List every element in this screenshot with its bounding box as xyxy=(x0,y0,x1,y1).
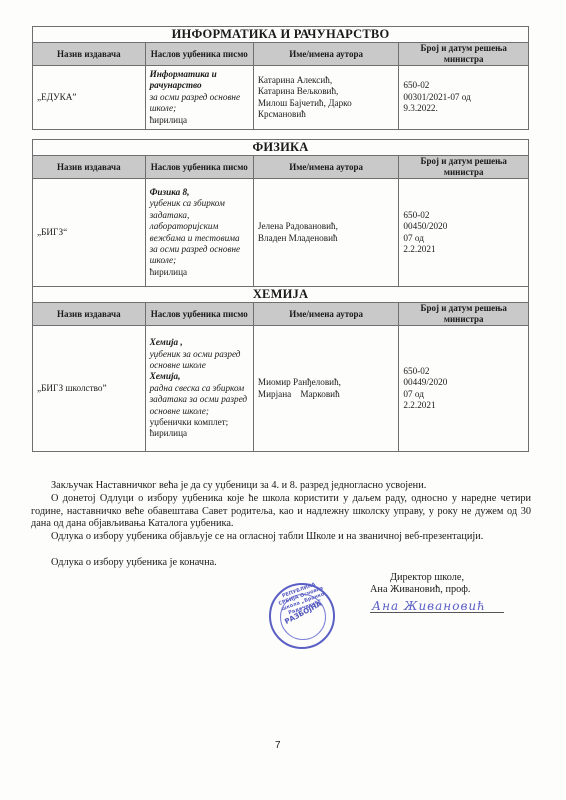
decision-line: 650-02 xyxy=(403,210,524,221)
column-header-title: Наслов уџбеника писмо xyxy=(145,43,253,66)
decision-line: 650-02 xyxy=(403,366,524,377)
book-cell: Физика 8,уџбеник са збирком задатака, ла… xyxy=(145,179,253,287)
column-header-title: Наслов уџбеника писмо xyxy=(145,303,253,326)
publisher-cell: „ЕДУКА” xyxy=(33,66,146,130)
author-line: Милош Бајчетић, Дарко Крсмановић xyxy=(258,98,394,121)
book-line: ћирилица xyxy=(150,115,249,126)
column-header-publisher: Назив издавача xyxy=(33,303,146,326)
decision-line: 00450/2020 xyxy=(403,221,524,232)
table-row: „ЕДУКА” Информатика и рачунарствоза осми… xyxy=(33,66,529,130)
section-title: ИНФОРМАТИКА И РАЧУНАРСТВО xyxy=(33,27,529,43)
book-line: ћирилица xyxy=(150,428,249,439)
column-header-publisher: Назив издавача xyxy=(33,156,146,179)
decision-cell: 650-0200301/2021-07 од9.3.2022. xyxy=(399,66,529,130)
document-page: ИНФОРМАТИКА И РАЧУНАРСТВО Назив издавача… xyxy=(0,0,566,800)
author-line: Катарина Вељковић, xyxy=(258,86,394,97)
authors-cell: Миомир Ранђеловић,Мирјана Марковић xyxy=(253,326,399,452)
page-number: 7 xyxy=(275,740,281,751)
signatory-name: Ана Живановић, проф. xyxy=(370,584,520,596)
publisher-cell: „БИГЗ“ xyxy=(33,179,146,287)
book-line: радна свеска са збирком задатака за осми… xyxy=(150,383,249,417)
paragraph-conclusion: Закључак Наставничког већа је да су уџбе… xyxy=(31,480,531,493)
paragraph-final: Одлука о избору уџбеника је коначна. xyxy=(31,557,531,570)
decision-line: 00449/2020 xyxy=(403,377,524,388)
section-table-chemistry: ХЕМИЈА Назив издавача Наслов уџбеника пи… xyxy=(32,286,529,452)
signatory-title: Директор школе, xyxy=(370,572,520,584)
decision-line: 2.2.2021 xyxy=(403,400,524,411)
column-header-title: Наслов уџбеника писмо xyxy=(145,156,253,179)
section-table-physics: ФИЗИКА Назив издавача Наслов уџбеника пи… xyxy=(32,139,529,287)
column-header-decision: Број и датум решења министра xyxy=(399,303,529,326)
column-header-authors: Име/имена аутора xyxy=(253,156,399,179)
decision-cell: 650-0200449/202007 од2.2.2021 xyxy=(399,326,529,452)
column-header-authors: Име/имена аутора xyxy=(253,43,398,66)
book-cell: Хемија ,уџбеник за осми разред основне ш… xyxy=(145,326,253,452)
book-line: за осми разред основне школе; xyxy=(150,92,249,115)
author-line: Катарина Алексић, xyxy=(258,75,394,86)
table-row: „БИГЗ“ Физика 8,уџбеник са збирком задат… xyxy=(33,179,529,287)
book-line: Физика 8, xyxy=(150,187,249,198)
handwritten-signature: Ана Живановић xyxy=(372,599,486,613)
paragraph-publication: Одлука о избору уџбеника објављује се на… xyxy=(31,531,531,544)
book-line: Хемија , xyxy=(150,337,249,348)
authors-cell: Јелена Радовановић,Владен Младеновић xyxy=(253,179,399,287)
book-line: ћирилица xyxy=(150,267,249,278)
book-line: уџбеник за осми разред основне школе xyxy=(150,349,249,372)
decision-line: 00301/2021-07 од xyxy=(403,92,524,103)
decision-line: 650-02 xyxy=(403,80,524,91)
section-table-informatics: ИНФОРМАТИКА И РАЧУНАРСТВО Назив издавача… xyxy=(32,26,529,130)
decision-cell: 650-0200450/202007 од2.2.2021 xyxy=(399,179,529,287)
column-header-authors: Име/имена аутора xyxy=(253,303,399,326)
book-line: Хемија, xyxy=(150,371,249,382)
book-line: Информатика и рачунарство xyxy=(150,69,249,92)
column-header-decision: Број и датум решења министра xyxy=(399,156,529,179)
book-line: уџбеник са збирком задатака, лабораториј… xyxy=(150,198,249,266)
signature-block: Директор школе, Ана Живановић, проф. xyxy=(370,572,520,596)
author-line: Владен Младеновић xyxy=(258,233,395,244)
decision-line: 9.3.2022. xyxy=(403,103,524,114)
column-header-decision: Број и датум решења министра xyxy=(399,43,529,66)
paragraph-notification: О донетој Одлуци о избору уџбеника које … xyxy=(31,493,531,531)
section-title: ХЕМИЈА xyxy=(33,287,529,303)
decision-line: 07 од xyxy=(403,233,524,244)
school-stamp: РЕПУБЛИКА СРБИЈА Основна школа „Бранко Р… xyxy=(269,583,335,649)
table-row: „БИГЗ школство” Хемија ,уџбеник за осми … xyxy=(33,326,529,452)
signature-line xyxy=(370,612,504,613)
column-header-publisher: Назив издавача xyxy=(33,43,146,66)
author-line: Јелена Радовановић, xyxy=(258,221,395,232)
author-line: Миомир Ранђеловић, xyxy=(258,377,395,388)
decision-line: 07 од xyxy=(403,389,524,400)
authors-cell: Катарина Алексић,Катарина Вељковић,Милош… xyxy=(253,66,398,130)
publisher-cell: „БИГЗ школство” xyxy=(33,326,146,452)
section-title: ФИЗИКА xyxy=(33,140,529,156)
book-cell: Информатика и рачунарствоза осми разред … xyxy=(145,66,253,130)
decision-line: 2.2.2021 xyxy=(403,244,524,255)
book-line: уџбенички комплет; xyxy=(150,417,249,428)
author-line: Мирјана Марковић xyxy=(258,389,395,400)
